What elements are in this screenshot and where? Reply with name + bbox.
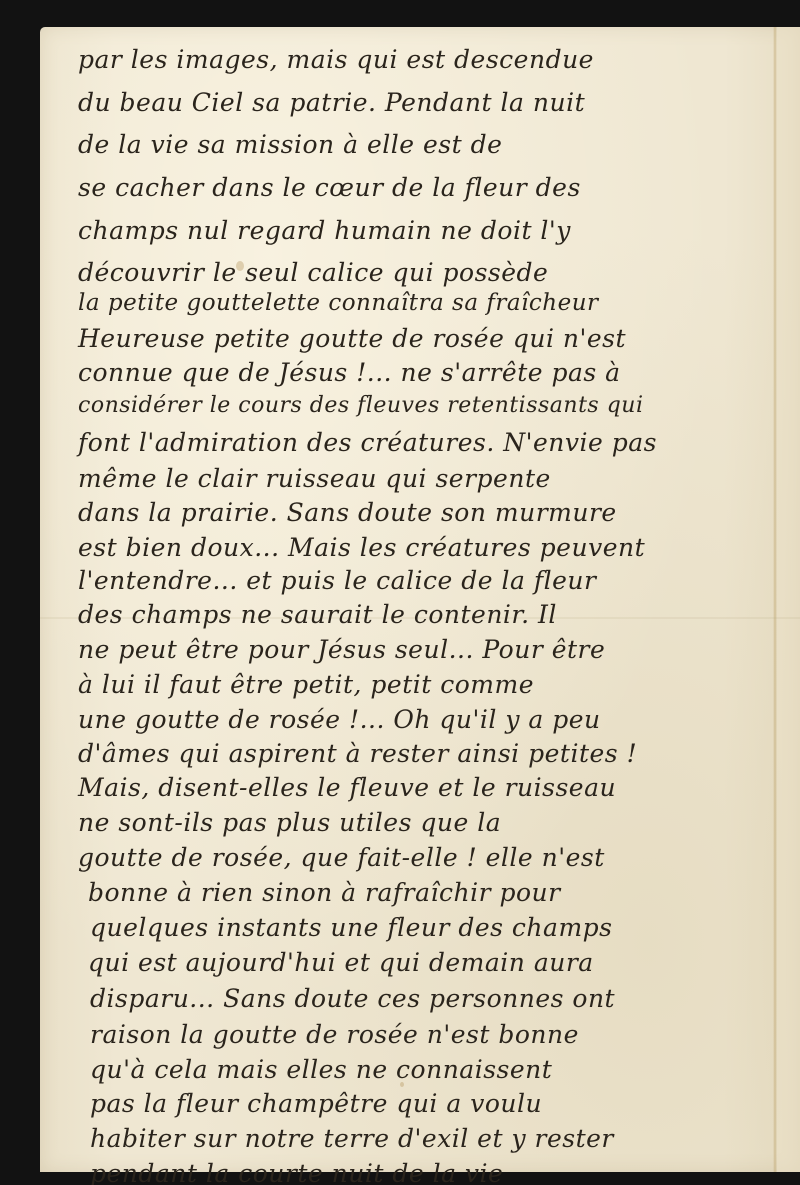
manuscript-line-3: de la vie sa mission à elle est de — [78, 132, 502, 157]
adjacent-leaf-edge — [777, 27, 800, 1172]
manuscript-line-5: champs nul regard humain ne doit l'y — [78, 218, 571, 243]
manuscript-line-28: raison la goutte de rosée n'est bonne — [90, 1022, 579, 1047]
manuscript-line-21: Mais, disent-elles le fleuve et le ruiss… — [78, 775, 616, 800]
manuscript-line-7: la petite gouttelette connaîtra sa fraîc… — [78, 292, 599, 315]
manuscript-line-27: disparu... Sans doute ces personnes ont — [90, 986, 615, 1011]
manuscript-line-2: du beau Ciel sa patrie. Pendant la nuit — [78, 90, 585, 115]
manuscript-line-12: même le clair ruisseau qui serpente — [78, 466, 551, 491]
manuscript-line-16: des champs ne saurait le contenir. Il — [78, 602, 557, 627]
manuscript-line-15: l'entendre... et puis le calice de la fl… — [78, 568, 596, 593]
manuscript-line-17: ne peut être pour Jésus seul... Pour êtr… — [78, 637, 605, 662]
manuscript-line-11: font l'admiration des créatures. N'envie… — [78, 430, 657, 455]
manuscript-line-25: quelques instants une fleur des champs — [90, 915, 612, 940]
manuscript-line-31: habiter sur notre terre d'exil et y rest… — [90, 1126, 614, 1151]
manuscript-line-14: est bien doux... Mais les créatures peuv… — [78, 535, 645, 560]
manuscript-line-20: d'âmes qui aspirent à rester ainsi petit… — [78, 741, 637, 766]
manuscript-line-4: se cacher dans le cœur de la fleur des — [78, 175, 581, 200]
manuscript-line-19: une goutte de rosée !... Oh qu'il y a pe… — [78, 707, 601, 732]
manuscript-line-29: qu'à cela mais elles ne connaissent — [90, 1057, 552, 1082]
manuscript-line-13: dans la prairie. Sans doute son murmure — [78, 500, 617, 525]
manuscript-line-9: connue que de Jésus !... ne s'arrête pas… — [78, 360, 621, 385]
manuscript-line-26: qui est aujourd'hui et qui demain aura — [88, 950, 594, 975]
manuscript-line-22: ne sont-ils pas plus utiles que la — [78, 810, 501, 835]
manuscript-line-6: découvrir le seul calice qui possède — [78, 260, 548, 285]
manuscript-line-8: Heureuse petite goutte de rosée qui n'es… — [78, 326, 626, 351]
manuscript-line-32: pendant la courte nuit de la vie — [90, 1161, 503, 1185]
manuscript-line-1: par les images, mais qui est descendue — [78, 47, 594, 72]
vertical-fold-line — [773, 27, 777, 1172]
manuscript-line-23: goutte de rosée, que fait-elle ! elle n'… — [78, 845, 605, 870]
scanned-manuscript: par les images, mais qui est descendue d… — [0, 0, 800, 1185]
manuscript-line-30: pas la fleur champêtre qui a voulu — [90, 1091, 542, 1116]
manuscript-line-10: considérer le cours des fleuves retentis… — [78, 395, 644, 417]
manuscript-line-18: à lui il faut être petit, petit comme — [78, 672, 534, 697]
manuscript-line-24: bonne à rien sinon à rafraîchir pour — [88, 880, 561, 905]
